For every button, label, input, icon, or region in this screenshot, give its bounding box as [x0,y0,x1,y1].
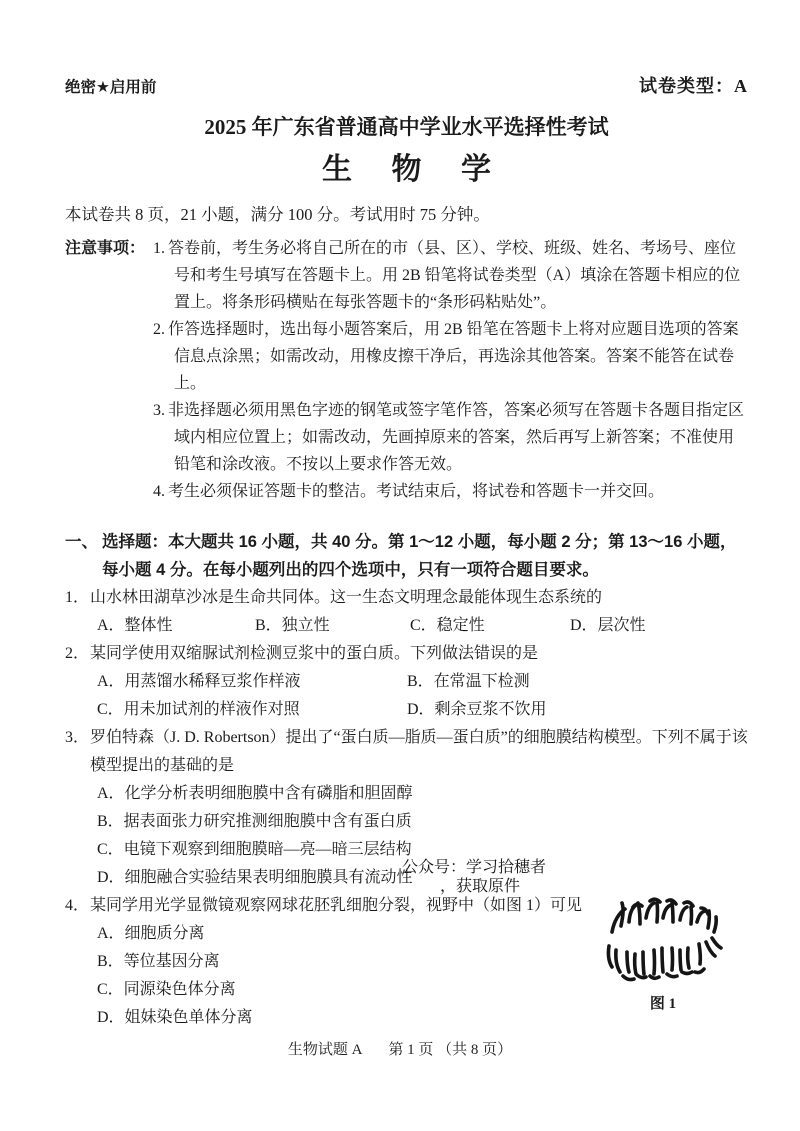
notice-item-4: 4.考生必须保证答题卡的整洁。考试结束后，将试卷和答题卡一并交回。 [153,478,748,505]
question-stem-text: 某同学使用双缩脲试剂检测豆浆中的蛋白质。下列做法错误的是 [90,645,538,662]
options-row: A．整体性 B．独立性 C．稳定性 D．层次性 [65,612,748,640]
notice-item-text: 考生必须保证答题卡的整洁。考试结束后，将试卷和答题卡一并交回。 [168,483,664,500]
paper-info-line: 本试卷共 8 页，21 小题，满分 100 分。考试用时 75 分钟。 [65,204,748,226]
notice-item-number: 1. [153,235,168,262]
question-number: 3． [65,724,90,752]
option-a: A．用蒸馏水稀释豆浆作样液 [97,668,407,696]
section-number: 一、 [65,528,102,556]
option-b: B．据表面张力研究推测细胞膜中含有蛋白质 [65,808,748,836]
notice-item-number: 4. [153,478,168,505]
question-number: 4． [65,892,90,920]
notice-items: 1.答卷前，考生务必将自己所在的市（县、区）、学校、班级、姓名、考场号、座位号和… [153,235,748,505]
notice-item-1: 1.答卷前，考生务必将自己所在的市（县、区）、学校、班级、姓名、考场号、座位号和… [153,235,748,316]
notice-item-number: 3. [153,397,168,424]
option-c: C．用未加试剂的样液作对照 [97,696,407,724]
page-footer: 生物试题 A 第 1 页 （共 8 页） [0,1038,800,1059]
figure-caption: 图 1 [596,992,730,1013]
section-heading: 一、选择题：本大题共 16 小题，共 40 分。第 1～12 小题，每小题 2 … [65,528,748,584]
question-stem: 1．山水林田湖草沙冰是生命共同体。这一生态文明理念最能体现生态系统的 [65,584,748,612]
exam-title: 2025 年广东省普通高中学业水平选择性考试 [65,114,748,140]
question-stem: 2．某同学使用双缩脲试剂检测豆浆中的蛋白质。下列做法错误的是 [65,640,748,668]
question-number: 1． [65,584,90,612]
question-2: 2．某同学使用双缩脲试剂检测豆浆中的蛋白质。下列做法错误的是 A．用蒸馏水稀释豆… [65,640,748,724]
notice-item-text: 非选择题必须用黑色字迹的钢笔或签字笔作答，答案必须写在答题卡各题目指定区域内相应… [168,402,744,473]
question-1: 1．山水林田湖草沙冰是生命共同体。这一生态文明理念最能体现生态系统的 A．整体性… [65,584,748,640]
option-b: B．在常温下检测 [407,668,748,696]
subject-title: 生 物 学 [65,150,748,190]
chromosome-micrograph-image [596,886,730,990]
notice-label: 注意事项： [65,235,153,505]
option-a: A．整体性 [97,612,255,640]
exam-page: 绝密★启用前 试卷类型：A 2025 年广东省普通高中学业水平选择性考试 生 物… [0,0,800,1131]
security-classification-label: 绝密★启用前 [65,78,156,98]
question-stem-text: 山水林田湖草沙冰是生命共同体。这一生态文明理念最能体现生态系统的 [90,589,602,606]
footer-page-number: 第 1 页 （共 8 页） [388,1038,512,1059]
notice-item-number: 2. [153,316,168,343]
figure-1: 图 1 [596,886,730,1013]
question-number: 2． [65,640,90,668]
notice-item-text: 作答选择题时，选出每小题答案后，用 2B 铅笔在答题卡上将对应题目选项的答案信息… [168,321,739,392]
watermark-overlay: 公众号：学习拾穗者 ，获取原件 [402,858,546,896]
question-stem: 3．罗伯特森（J. D. Robertson）提出了“蛋白质—脂质—蛋白质”的细… [65,724,748,780]
option-d: D．层次性 [570,612,748,640]
notice-item-2: 2.作答选择题时，选出每小题答案后，用 2B 铅笔在答题卡上将对应题目选项的答案… [153,316,748,397]
notice-item-text: 答卷前，考生务必将自己所在的市（县、区）、学校、班级、姓名、考场号、座位号和考生… [168,240,740,311]
notice-block: 注意事项： 1.答卷前，考生务必将自己所在的市（县、区）、学校、班级、姓名、考场… [65,235,748,505]
option-d: D．剩余豆浆不饮用 [407,696,748,724]
options-grid: A．用蒸馏水稀释豆浆作样液 B．在常温下检测 C．用未加试剂的样液作对照 D．剩… [65,668,748,724]
paper-type-label: 试卷类型：A [639,76,748,96]
section-heading-text: 选择题：本大题共 16 小题，共 40 分。第 1～12 小题，每小题 2 分；… [102,533,736,579]
option-a: A．化学分析表明细胞膜中含有磷脂和胆固醇 [65,780,748,808]
page-header: 绝密★启用前 试卷类型：A [65,0,748,98]
watermark-line-1: 公众号：学习拾穗者 [402,858,546,877]
question-stem-text: 某同学用光学显微镜观察网球花胚乳细胞分裂，视野中（如图 1）可见 [90,897,582,914]
option-b: B．独立性 [255,612,410,640]
watermark-line-2: ，获取原件 [402,877,546,896]
option-c: C．稳定性 [410,612,570,640]
footer-paper-label: 生物试题 A [288,1038,363,1059]
question-stem-text: 罗伯特森（J. D. Robertson）提出了“蛋白质—脂质—蛋白质”的细胞膜… [90,729,748,774]
notice-item-3: 3.非选择题必须用黑色字迹的钢笔或签字笔作答，答案必须写在答题卡各题目指定区域内… [153,397,748,478]
